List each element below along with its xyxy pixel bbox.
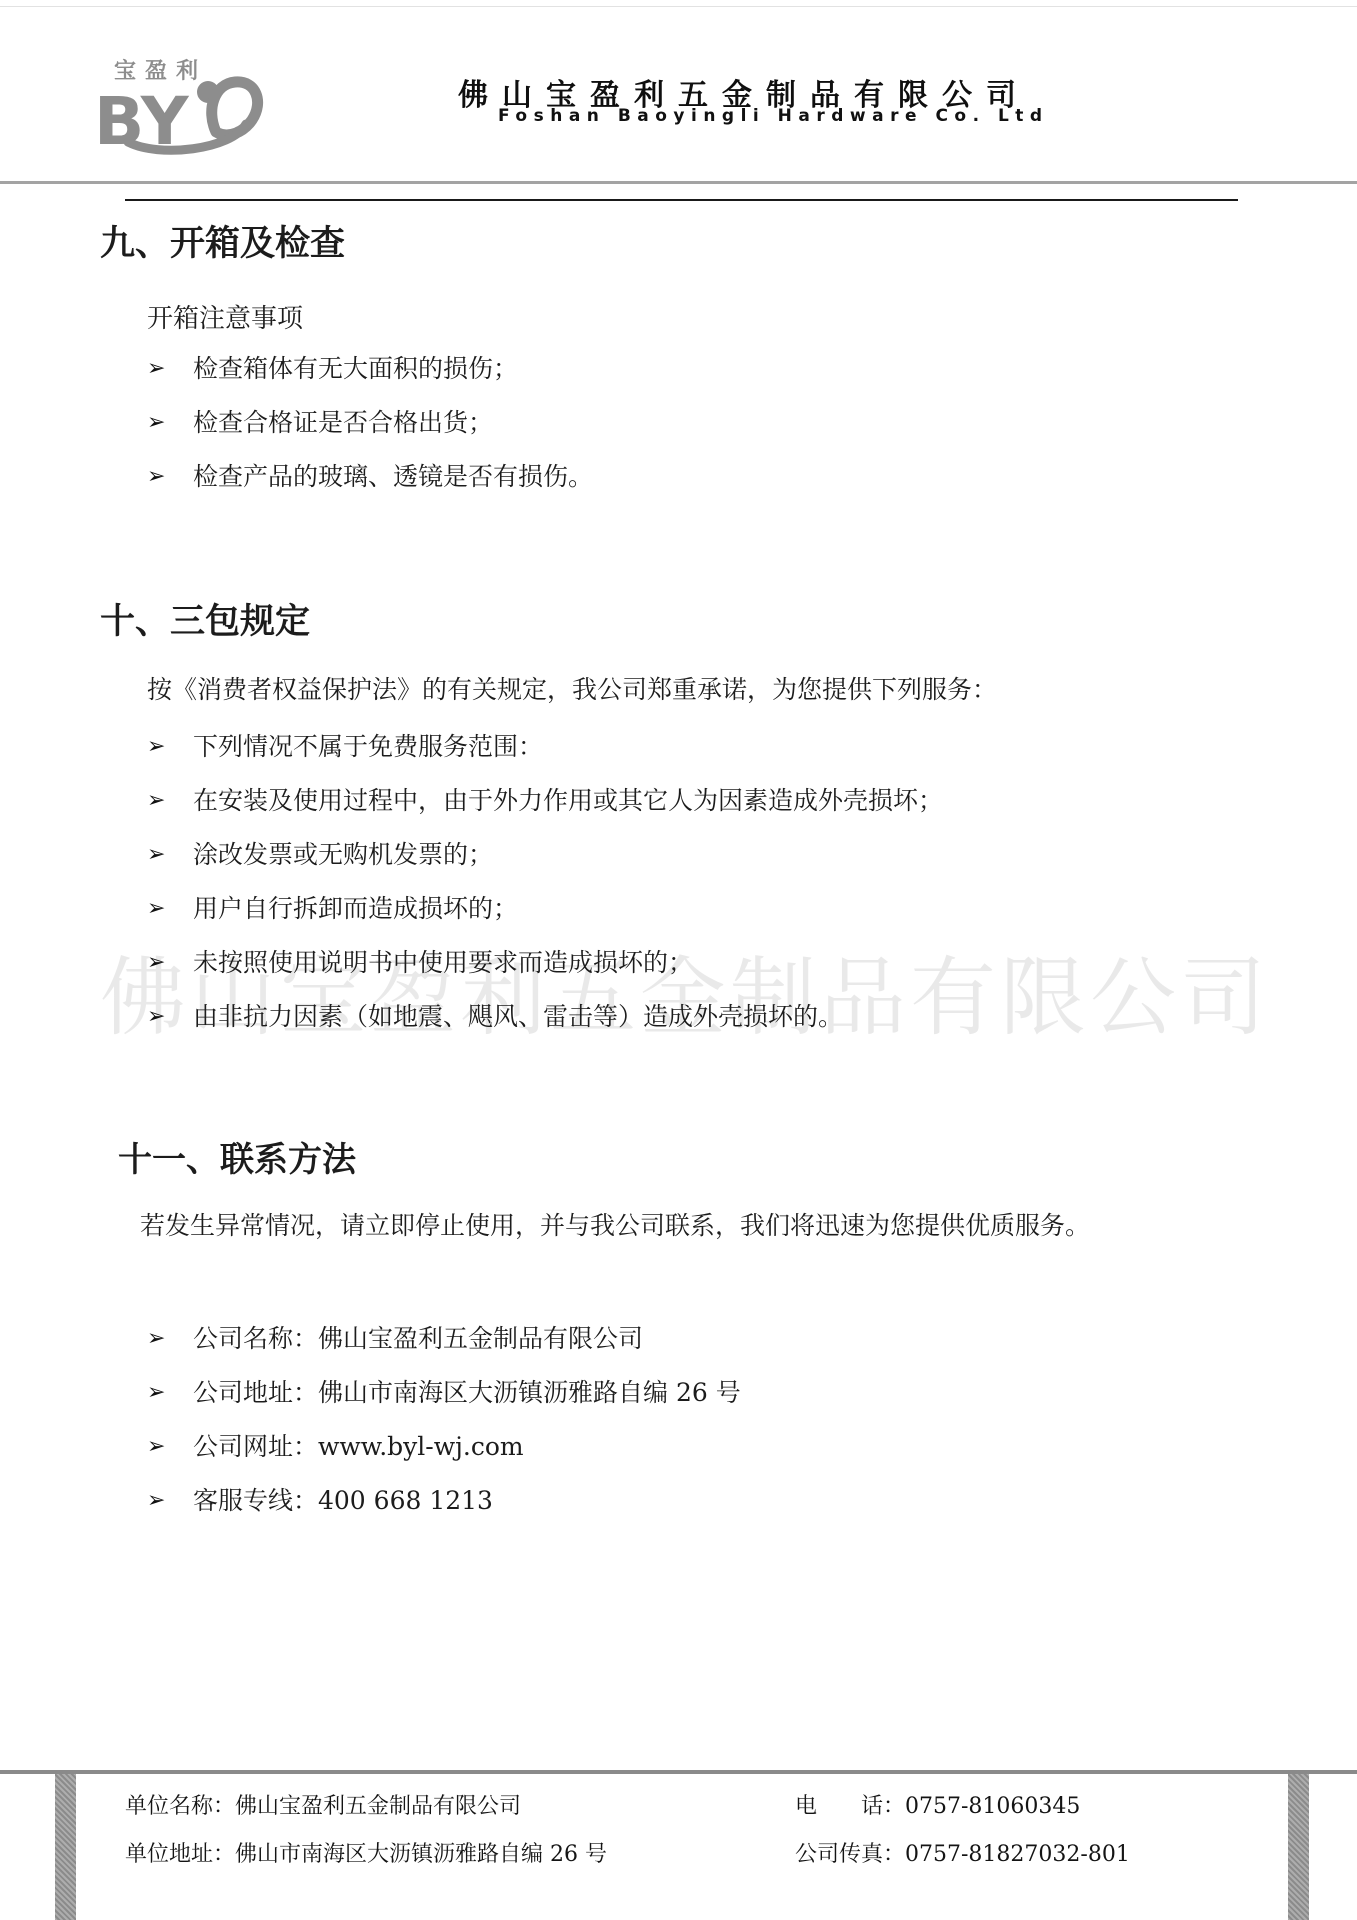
bullet-text: 下列情况不属于免费服务范围： — [193, 730, 543, 763]
arrow-bullet-icon: ➢ — [147, 1430, 169, 1463]
company-website-line: 公司网址：www.byl-wj.com — [193, 1430, 524, 1463]
list-item: ➢ 在安装及使用过程中，由于外力作用或其它人为因素造成外壳损坏； — [147, 784, 943, 817]
list-item: ➢ 公司网址：www.byl-wj.com — [147, 1430, 741, 1463]
logo-loop-icon — [212, 82, 258, 135]
header-separator-black — [125, 199, 1238, 201]
section-title-unpacking: 九、开箱及检查 — [100, 216, 345, 266]
service-hotline-line: 客服专线：400 668 1213 — [193, 1484, 493, 1517]
bullet-text: 由非抗力因素（如地震、飓风、雷击等）造成外壳损坏的。 — [193, 1000, 843, 1033]
list-item: ➢ 未按照使用说明书中使用要求而造成损坏的； — [147, 946, 943, 979]
company-logo: 宝盈利 BY — [92, 48, 272, 166]
footer-left-bar — [55, 1774, 76, 1920]
bullet-text: 检查箱体有无大面积的损伤； — [193, 352, 518, 385]
list-item: ➢ 检查产品的玻璃、透镜是否有损伤。 — [147, 460, 593, 493]
page-top-edge-line — [0, 6, 1357, 7]
arrow-bullet-icon: ➢ — [147, 892, 169, 925]
bullet-text: 用户自行拆卸而造成损坏的； — [193, 892, 518, 925]
section-title-contact: 十一、联系方法 — [118, 1132, 356, 1181]
arrow-bullet-icon: ➢ — [147, 1484, 169, 1517]
arrow-bullet-icon: ➢ — [147, 1376, 169, 1409]
arrow-bullet-icon: ➢ — [147, 838, 169, 871]
section10-bullet-list: ➢ 下列情况不属于免费服务范围： ➢ 在安装及使用过程中，由于外力作用或其它人为… — [147, 730, 943, 1054]
footer-phone: 电 话：0757-81060345 — [795, 1789, 1080, 1820]
arrow-bullet-icon: ➢ — [147, 1322, 169, 1355]
footer-company-name: 单位名称：佛山宝盈利五金制品有限公司 — [125, 1789, 521, 1820]
footer-separator-line — [0, 1770, 1357, 1774]
section9-subtitle: 开箱注意事项 — [147, 298, 303, 335]
arrow-bullet-icon: ➢ — [147, 460, 169, 493]
section-title-warranty: 十、三包规定 — [100, 594, 310, 644]
list-item: ➢ 检查箱体有无大面积的损伤； — [147, 352, 593, 385]
list-item: ➢ 检查合格证是否合格出货； — [147, 406, 593, 439]
logo-chinese-text: 宝盈利 — [114, 58, 207, 84]
bullet-text: 检查产品的玻璃、透镜是否有损伤。 — [193, 460, 593, 493]
bullet-text: 检查合格证是否合格出货； — [193, 406, 493, 439]
section9-bullet-list: ➢ 检查箱体有无大面积的损伤； ➢ 检查合格证是否合格出货； ➢ 检查产品的玻璃… — [147, 352, 593, 514]
arrow-bullet-icon: ➢ — [147, 406, 169, 439]
footer-right-bar — [1288, 1774, 1309, 1920]
company-name-line: 公司名称：佛山宝盈利五金制品有限公司 — [193, 1322, 643, 1355]
footer-address: 单位地址：佛山市南海区大沥镇沥雅路自编 26 号 — [125, 1837, 607, 1868]
list-item: ➢ 由非抗力因素（如地震、飓风、雷击等）造成外壳损坏的。 — [147, 1000, 943, 1033]
bullet-text: 涂改发票或无购机发票的； — [193, 838, 493, 871]
arrow-bullet-icon: ➢ — [147, 946, 169, 979]
bullet-text: 未按照使用说明书中使用要求而造成损坏的； — [193, 946, 693, 979]
list-item: ➢ 下列情况不属于免费服务范围： — [147, 730, 943, 763]
section11-bullet-list: ➢ 公司名称：佛山宝盈利五金制品有限公司 ➢ 公司地址：佛山市南海区大沥镇沥雅路… — [147, 1322, 741, 1538]
arrow-bullet-icon: ➢ — [147, 1000, 169, 1033]
arrow-bullet-icon: ➢ — [147, 352, 169, 385]
bullet-text: 在安装及使用过程中，由于外力作用或其它人为因素造成外壳损坏； — [193, 784, 943, 817]
list-item: ➢ 客服专线：400 668 1213 — [147, 1484, 741, 1517]
list-item: ➢ 公司地址：佛山市南海区大沥镇沥雅路自编 26 号 — [147, 1376, 741, 1409]
section11-intro: 若发生异常情况，请立即停止使用，并与我公司联系，我们将迅速为您提供优质服务。 — [140, 1206, 1090, 1242]
company-address-line: 公司地址：佛山市南海区大沥镇沥雅路自编 26 号 — [193, 1376, 741, 1409]
footer-fax: 公司传真：0757-81827032-801 — [795, 1837, 1130, 1868]
section10-intro: 按《消费者权益保护法》的有关规定，我公司郑重承诺，为您提供下列服务： — [147, 670, 997, 706]
company-name-english: Foshan Baoyingli Hardware Co. Ltd — [498, 106, 1049, 126]
list-item: ➢ 涂改发票或无购机发票的； — [147, 838, 943, 871]
list-item: ➢ 用户自行拆卸而造成损坏的； — [147, 892, 943, 925]
list-item: ➢ 公司名称：佛山宝盈利五金制品有限公司 — [147, 1322, 741, 1355]
header-separator-gray — [0, 181, 1357, 184]
arrow-bullet-icon: ➢ — [147, 784, 169, 817]
arrow-bullet-icon: ➢ — [147, 730, 169, 763]
byl-logo-icon: 宝盈利 BY — [92, 48, 272, 166]
document-page: 宝盈利 BY 佛山宝盈利五金制品有限公司 Foshan Baoyingli Ha… — [0, 0, 1357, 1920]
